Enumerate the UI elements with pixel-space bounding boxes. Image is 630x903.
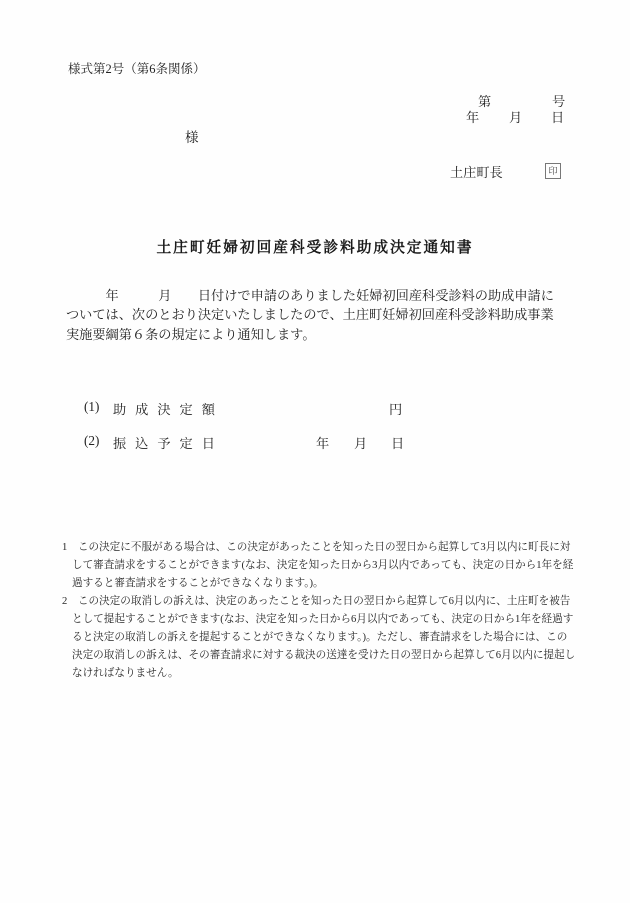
official-seal-mark: 印 (545, 163, 561, 179)
notice-document-page: 様式第2号（第6条関係） 第 号 年 月 日 様 土庄町長 印 土庄町妊婦初回産… (0, 0, 630, 903)
item-2-number: (2) (84, 433, 99, 449)
footnotes: 1 この決定に不服がある場合は、この決定があったことを知った日の翌日から起算して… (62, 539, 584, 683)
header-date-day-label: 日 (551, 107, 564, 126)
item-2-label-transfer-date: 振込予定日 (113, 433, 224, 452)
item-2-month-label: 月 (354, 433, 367, 452)
doc-number-prefix: 第 (478, 91, 491, 110)
document-title: 土庄町妊婦初回産科受診料助成決定通知書 (0, 236, 630, 257)
item-2-year-label: 年 (316, 433, 329, 452)
footnote-1-appeal-rights: 1 この決定に不服がある場合は、この決定があったことを知った日の翌日から起算して… (62, 539, 584, 593)
item-1-number: (1) (84, 399, 99, 415)
header-date-month-label: 月 (509, 107, 522, 126)
form-number: 様式第2号（第6条関係） (68, 59, 206, 77)
item-2-day-label: 日 (391, 433, 404, 452)
addressee-suffix-label: 様 (185, 126, 199, 146)
sender-title: 土庄町長 (450, 162, 503, 181)
seal-character: 印 (548, 167, 557, 176)
item-1-label-grant-amount: 助成決定額 (113, 399, 224, 418)
footnote-2-revocation-suit: 2 この決定の取消しの訴えは、決定のあったことを知った日の翌日から起算して6月以… (62, 593, 584, 683)
body-paragraph: 年 月 日付けで申請のありました妊婦初回産科受診料の助成申請に ついては、次のと… (66, 286, 586, 344)
item-1-unit-yen: 円 (389, 399, 402, 418)
header-date-year-label: 年 (466, 107, 479, 126)
